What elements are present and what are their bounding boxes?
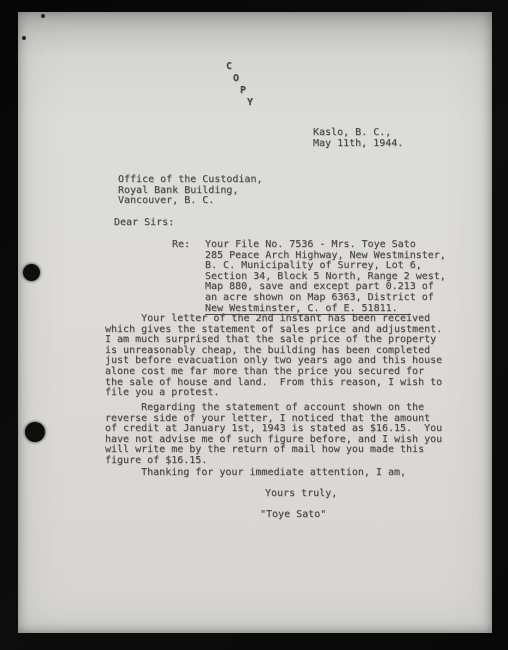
recipient-line: Office of the Custodian,: [118, 175, 263, 186]
salutation: Dear Sirs:: [114, 218, 174, 229]
paragraph-1: Your letter of the 2nd instant has been …: [105, 314, 442, 399]
dateline-date: May 11th, 1944.: [313, 139, 403, 150]
letter-page: C O P Y Kaslo, B. C., May 11th, 1944. Of…: [18, 12, 492, 633]
dateline-place: Kaslo, B. C.,: [313, 128, 403, 139]
copy-stamp: C O P Y: [223, 62, 269, 118]
re-label: Re:: [172, 240, 190, 251]
copy-stamp-letter: Y: [247, 98, 253, 109]
signature: "Toye Sato": [260, 510, 326, 521]
copy-stamp-letter: P: [240, 86, 246, 97]
punch-hole-bottom: [25, 422, 45, 442]
re-line: Your File No. 7536 - Mrs. Toye Sato: [205, 240, 446, 251]
scan-speck: [41, 14, 45, 18]
copy-stamp-letter: C: [226, 62, 232, 73]
closing-line: Thanking for your immediate attention, I…: [105, 468, 406, 479]
copy-stamp-letter: O: [233, 74, 239, 85]
scan-speck: [22, 36, 26, 40]
scanner-background: C O P Y Kaslo, B. C., May 11th, 1944. Of…: [0, 0, 508, 650]
dateline: Kaslo, B. C., May 11th, 1944.: [313, 128, 403, 149]
re-line: an acre shown on Map 6363, District of: [205, 293, 446, 304]
recipient-address: Office of the Custodian, Royal Bank Buil…: [118, 175, 263, 207]
valediction: Yours truly,: [265, 489, 337, 500]
punch-hole-top: [23, 264, 40, 281]
paragraph-2: Regarding the statement of account shown…: [105, 403, 442, 467]
recipient-line: Vancouver, B. C.: [118, 196, 263, 207]
re-block: Your File No. 7536 - Mrs. Toye Sato 285 …: [205, 240, 446, 315]
